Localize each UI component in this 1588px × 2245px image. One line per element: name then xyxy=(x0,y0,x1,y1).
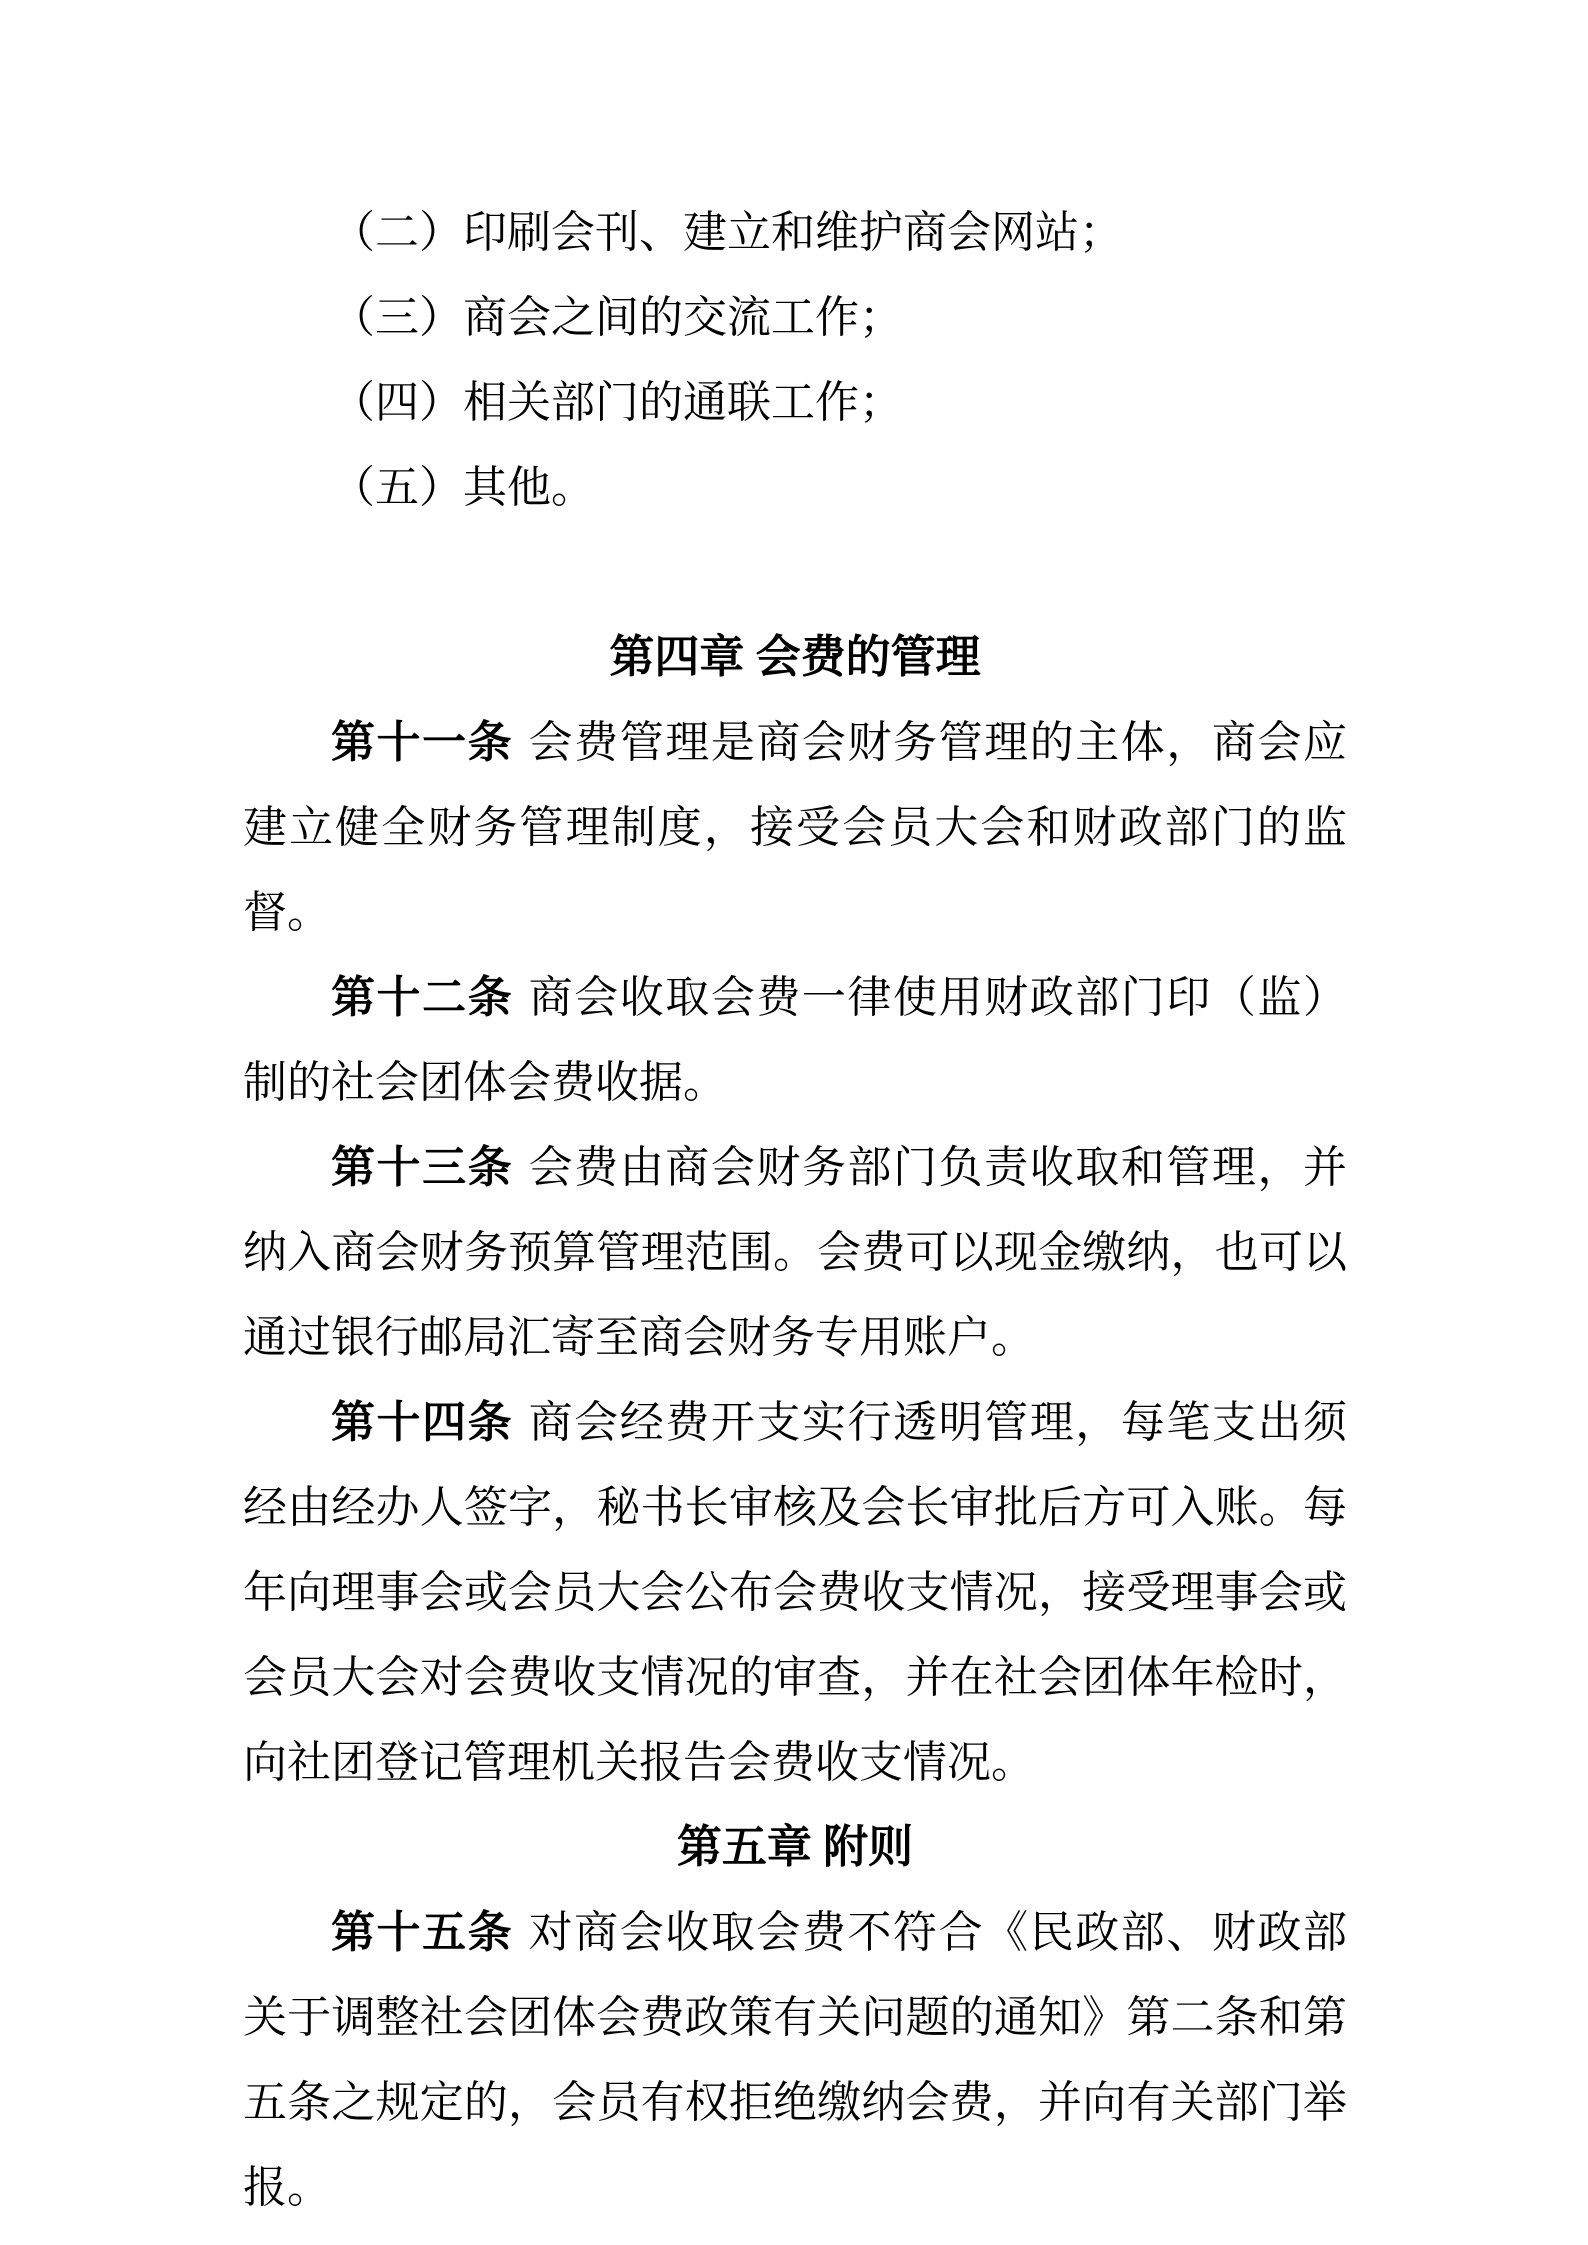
list-item: （二）印刷会刊、建立和维护商会网站； xyxy=(243,190,1347,275)
article-paragraph: 第十五条对商会收取会费不符合《民政部、财政部关于调整社会团体会费政策有关问题的通… xyxy=(243,1890,1347,2230)
article-number: 第十一条 xyxy=(331,718,513,767)
article-paragraph: 第十三条会费由商会财务部门负责收取和管理，并纳入商会财务预算管理范围。会费可以现… xyxy=(243,1125,1347,1380)
document-body: （二）印刷会刊、建立和维护商会网站；（三）商会之间的交流工作；（四）相关部门的通… xyxy=(243,190,1347,2230)
article-number: 第十三条 xyxy=(331,1143,513,1192)
blank-line xyxy=(243,530,1347,615)
list-item: （四）相关部门的通联工作； xyxy=(243,360,1347,445)
list-item: （五）其他。 xyxy=(243,445,1347,530)
list-item: （三）商会之间的交流工作； xyxy=(243,275,1347,360)
chapter-heading: 第四章 会费的管理 xyxy=(243,615,1347,700)
article-number: 第十二条 xyxy=(331,973,513,1022)
article-paragraph: 第十四条商会经费开支实行透明管理，每笔支出须经由经办人签字，秘书长审核及会长审批… xyxy=(243,1380,1347,1805)
article-paragraph: 第十二条商会收取会费一律使用财政部门印（监）制的社会团体会费收据。 xyxy=(243,955,1347,1125)
chapter-heading: 第五章 附则 xyxy=(243,1805,1347,1890)
article-paragraph: 第十一条会费管理是商会财务管理的主体，商会应建立健全财务管理制度，接受会员大会和… xyxy=(243,700,1347,955)
document-page: （二）印刷会刊、建立和维护商会网站；（三）商会之间的交流工作；（四）相关部门的通… xyxy=(0,0,1588,2245)
article-text: 商会经费开支实行透明管理，每笔支出须经由经办人签字，秘书长审核及会长审批后方可入… xyxy=(243,1398,1347,1787)
article-number: 第十五条 xyxy=(331,1908,513,1957)
article-number: 第十四条 xyxy=(331,1398,513,1447)
